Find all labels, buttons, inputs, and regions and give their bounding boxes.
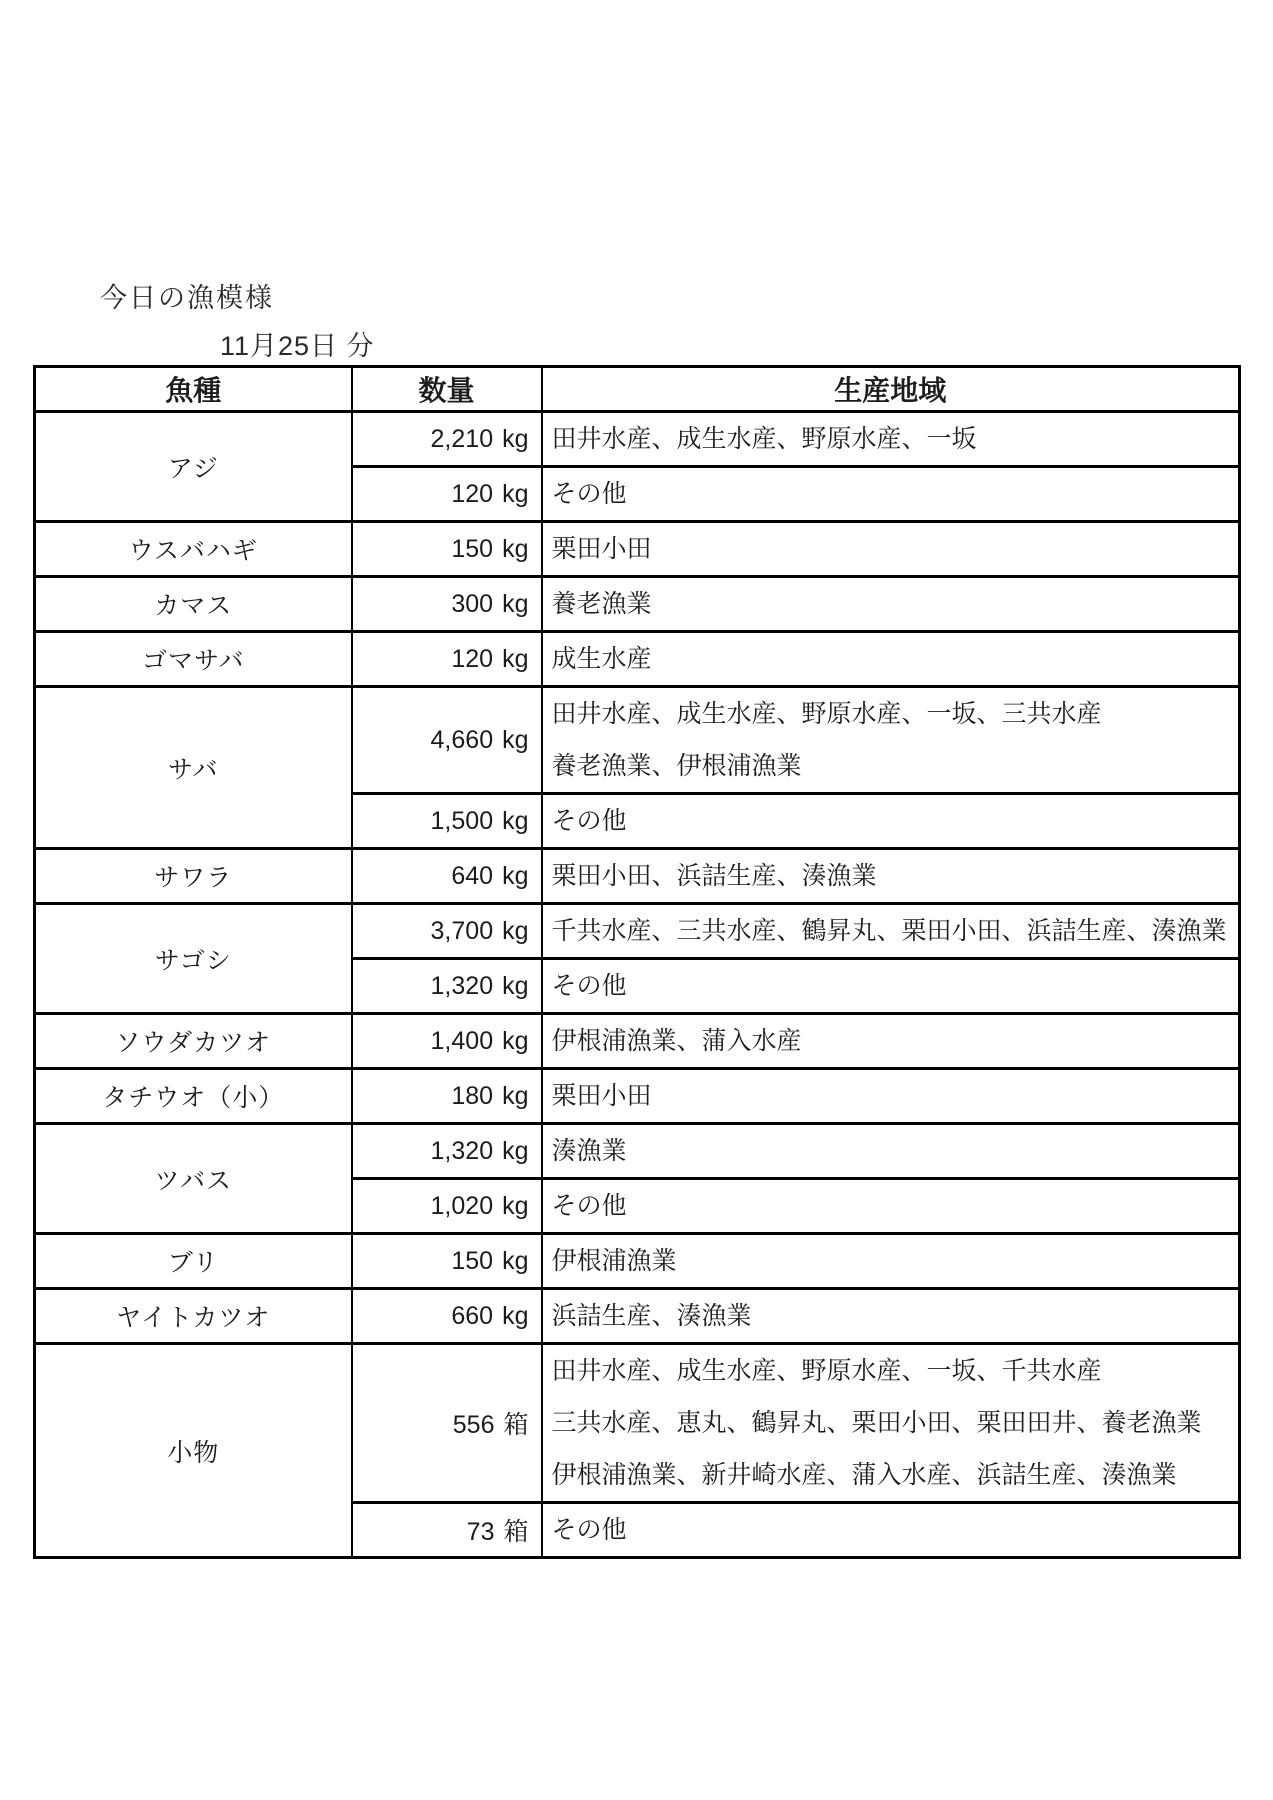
header-row: 魚種 数量 生産地域 [35,367,1240,412]
quantity-cell: 660kg [352,1289,542,1344]
region-cell: 栗田小田 [542,522,1240,577]
quantity-unit: kg [502,425,528,453]
table-row: タチウオ（小）180kg栗田小田 [35,1069,1240,1124]
region-line: 栗田小田 [552,1070,1239,1122]
quantity-value: 73 [467,1518,495,1546]
document-page: 今日の漁模様 11月25日 分 魚種 数量 生産地域 アジ2,210kg田井水産… [0,0,1273,1800]
header-region: 生産地域 [542,367,1240,412]
table-row: サゴシ3,700kg千共水産、三共水産、鶴昇丸、栗田小田、浜詰生産、湊漁業 [35,904,1240,959]
table-row: サバ4,660kg田井水産、成生水産、野原水産、一坂、三共水産養老漁業、伊根浦漁… [35,687,1240,794]
quantity-cell: 1,320kg [352,1124,542,1179]
region-line: その他 [552,960,1239,1012]
region-cell: 伊根浦漁業、蒲入水産 [542,1014,1240,1069]
table-row: ヤイトカツオ660kg浜詰生産、湊漁業 [35,1289,1240,1344]
quantity-value: 180 [451,1082,493,1110]
region-cell: 養老漁業 [542,577,1240,632]
quantity-cell: 1,320kg [352,959,542,1014]
region-cell: 湊漁業 [542,1124,1240,1179]
region-cell: その他 [542,794,1240,849]
region-line: 伊根浦漁業、蒲入水産 [552,1015,1239,1067]
quantity-value: 1,400 [431,1027,494,1055]
header-species: 魚種 [35,367,352,412]
quantity-unit: kg [502,1082,528,1110]
table-row: 小物556箱田井水産、成生水産、野原水産、一坂、千共水産三共水産、恵丸、鶴昇丸、… [35,1344,1240,1503]
quantity-cell: 1,400kg [352,1014,542,1069]
quantity-cell: 556箱 [352,1344,542,1503]
quantity-value: 1,020 [431,1192,494,1220]
catch-table: 魚種 数量 生産地域 アジ2,210kg田井水産、成生水産、野原水産、一坂120… [33,365,1241,1559]
species-cell: ヤイトカツオ [35,1289,352,1344]
region-line: 伊根浦漁業、新井崎水産、蒲入水産、浜詰生産、湊漁業 [552,1449,1239,1501]
species-cell: カマス [35,577,352,632]
quantity-unit: kg [502,1192,528,1220]
quantity-cell: 2,210kg [352,412,542,467]
species-cell: タチウオ（小） [35,1069,352,1124]
quantity-cell: 150kg [352,1234,542,1289]
table-row: カマス300kg養老漁業 [35,577,1240,632]
region-cell: 栗田小田、浜詰生産、湊漁業 [542,849,1240,904]
quantity-unit: kg [502,590,528,618]
table-row: ゴマサバ120kg成生水産 [35,632,1240,687]
region-cell: 成生水産 [542,632,1240,687]
region-line: 田井水産、成生水産、野原水産、一坂 [552,413,1239,465]
quantity-cell: 180kg [352,1069,542,1124]
region-line: 田井水産、成生水産、野原水産、一坂、三共水産 [552,688,1239,740]
species-cell: アジ [35,412,352,522]
region-line: 養老漁業 [552,578,1239,630]
quantity-cell: 1,020kg [352,1179,542,1234]
quantity-unit: kg [502,645,528,673]
region-line: その他 [552,1180,1239,1232]
quantity-unit: kg [502,807,528,835]
quantity-unit: 箱 [503,1411,528,1439]
region-cell: 田井水産、成生水産、野原水産、一坂、千共水産三共水産、恵丸、鶴昇丸、栗田小田、栗… [542,1344,1240,1503]
quantity-cell: 640kg [352,849,542,904]
species-cell: サゴシ [35,904,352,1014]
region-cell: その他 [542,959,1240,1014]
table-row: ソウダカツオ1,400kg伊根浦漁業、蒲入水産 [35,1014,1240,1069]
region-cell: その他 [542,467,1240,522]
quantity-unit: kg [502,1137,528,1165]
species-cell: ソウダカツオ [35,1014,352,1069]
table-row: ブリ150kg伊根浦漁業 [35,1234,1240,1289]
quantity-cell: 120kg [352,632,542,687]
date-line: 11月25日 分 [220,324,375,363]
quantity-unit: kg [502,972,528,1000]
region-line: 三共水産、恵丸、鶴昇丸、栗田小田、栗田田井、養老漁業 [552,1397,1239,1449]
quantity-value: 2,210 [431,425,494,453]
quantity-value: 556 [453,1411,495,1439]
region-line: 成生水産 [552,633,1239,685]
quantity-value: 640 [451,862,493,890]
region-cell: 栗田小田 [542,1069,1240,1124]
region-cell: その他 [542,1179,1240,1234]
region-cell: 田井水産、成生水産、野原水産、一坂、三共水産養老漁業、伊根浦漁業 [542,687,1240,794]
region-line: 湊漁業 [552,1125,1239,1177]
quantity-cell: 120kg [352,467,542,522]
quantity-value: 150 [451,1247,493,1275]
quantity-cell: 300kg [352,577,542,632]
region-line: 伊根浦漁業 [552,1235,1239,1287]
table-row: サワラ640kg栗田小田、浜詰生産、湊漁業 [35,849,1240,904]
quantity-cell: 150kg [352,522,542,577]
region-line: 浜詰生産、湊漁業 [552,1290,1239,1342]
species-cell: サバ [35,687,352,849]
quantity-cell: 4,660kg [352,687,542,794]
region-cell: 伊根浦漁業 [542,1234,1240,1289]
quantity-cell: 73箱 [352,1503,542,1558]
quantity-value: 1,320 [431,972,494,1000]
species-cell: ウスバハギ [35,522,352,577]
region-line: 栗田小田 [552,523,1239,575]
quantity-value: 660 [451,1302,493,1330]
table-body: アジ2,210kg田井水産、成生水産、野原水産、一坂120kgその他ウスバハギ1… [35,412,1240,1558]
quantity-unit: kg [502,726,528,754]
species-cell: ゴマサバ [35,632,352,687]
quantity-value: 1,500 [431,807,494,835]
region-line: 千共水産、三共水産、鶴昇丸、栗田小田、浜詰生産、湊漁業 [552,905,1239,957]
species-cell: サワラ [35,849,352,904]
quantity-value: 120 [451,480,493,508]
table-row: ウスバハギ150kg栗田小田 [35,522,1240,577]
quantity-unit: kg [502,1027,528,1055]
quantity-unit: kg [502,1302,528,1330]
quantity-value: 150 [451,535,493,563]
region-line: その他 [552,795,1239,847]
quantity-value: 1,320 [431,1137,494,1165]
quantity-value: 300 [451,590,493,618]
quantity-unit: kg [502,535,528,563]
page-title: 今日の漁模様 [100,276,274,315]
header-quantity: 数量 [352,367,542,412]
region-line: 栗田小田、浜詰生産、湊漁業 [552,850,1239,902]
quantity-value: 3,700 [431,917,494,945]
species-cell: ツバス [35,1124,352,1234]
quantity-value: 4,660 [431,726,494,754]
quantity-unit: kg [502,480,528,508]
species-cell: 小物 [35,1344,352,1558]
quantity-value: 120 [451,645,493,673]
quantity-cell: 1,500kg [352,794,542,849]
quantity-unit: kg [502,1247,528,1275]
species-cell: ブリ [35,1234,352,1289]
table-row: ツバス1,320kg湊漁業 [35,1124,1240,1179]
region-line: 田井水産、成生水産、野原水産、一坂、千共水産 [552,1345,1239,1397]
quantity-unit: 箱 [503,1518,528,1546]
region-line: その他 [552,1504,1239,1556]
region-cell: 田井水産、成生水産、野原水産、一坂 [542,412,1240,467]
region-line: 養老漁業、伊根浦漁業 [552,740,1239,792]
quantity-unit: kg [502,862,528,890]
region-cell: その他 [542,1503,1240,1558]
table-row: アジ2,210kg田井水産、成生水産、野原水産、一坂 [35,412,1240,467]
region-cell: 千共水産、三共水産、鶴昇丸、栗田小田、浜詰生産、湊漁業 [542,904,1240,959]
region-line: その他 [552,468,1239,520]
region-cell: 浜詰生産、湊漁業 [542,1289,1240,1344]
quantity-unit: kg [502,917,528,945]
quantity-cell: 3,700kg [352,904,542,959]
